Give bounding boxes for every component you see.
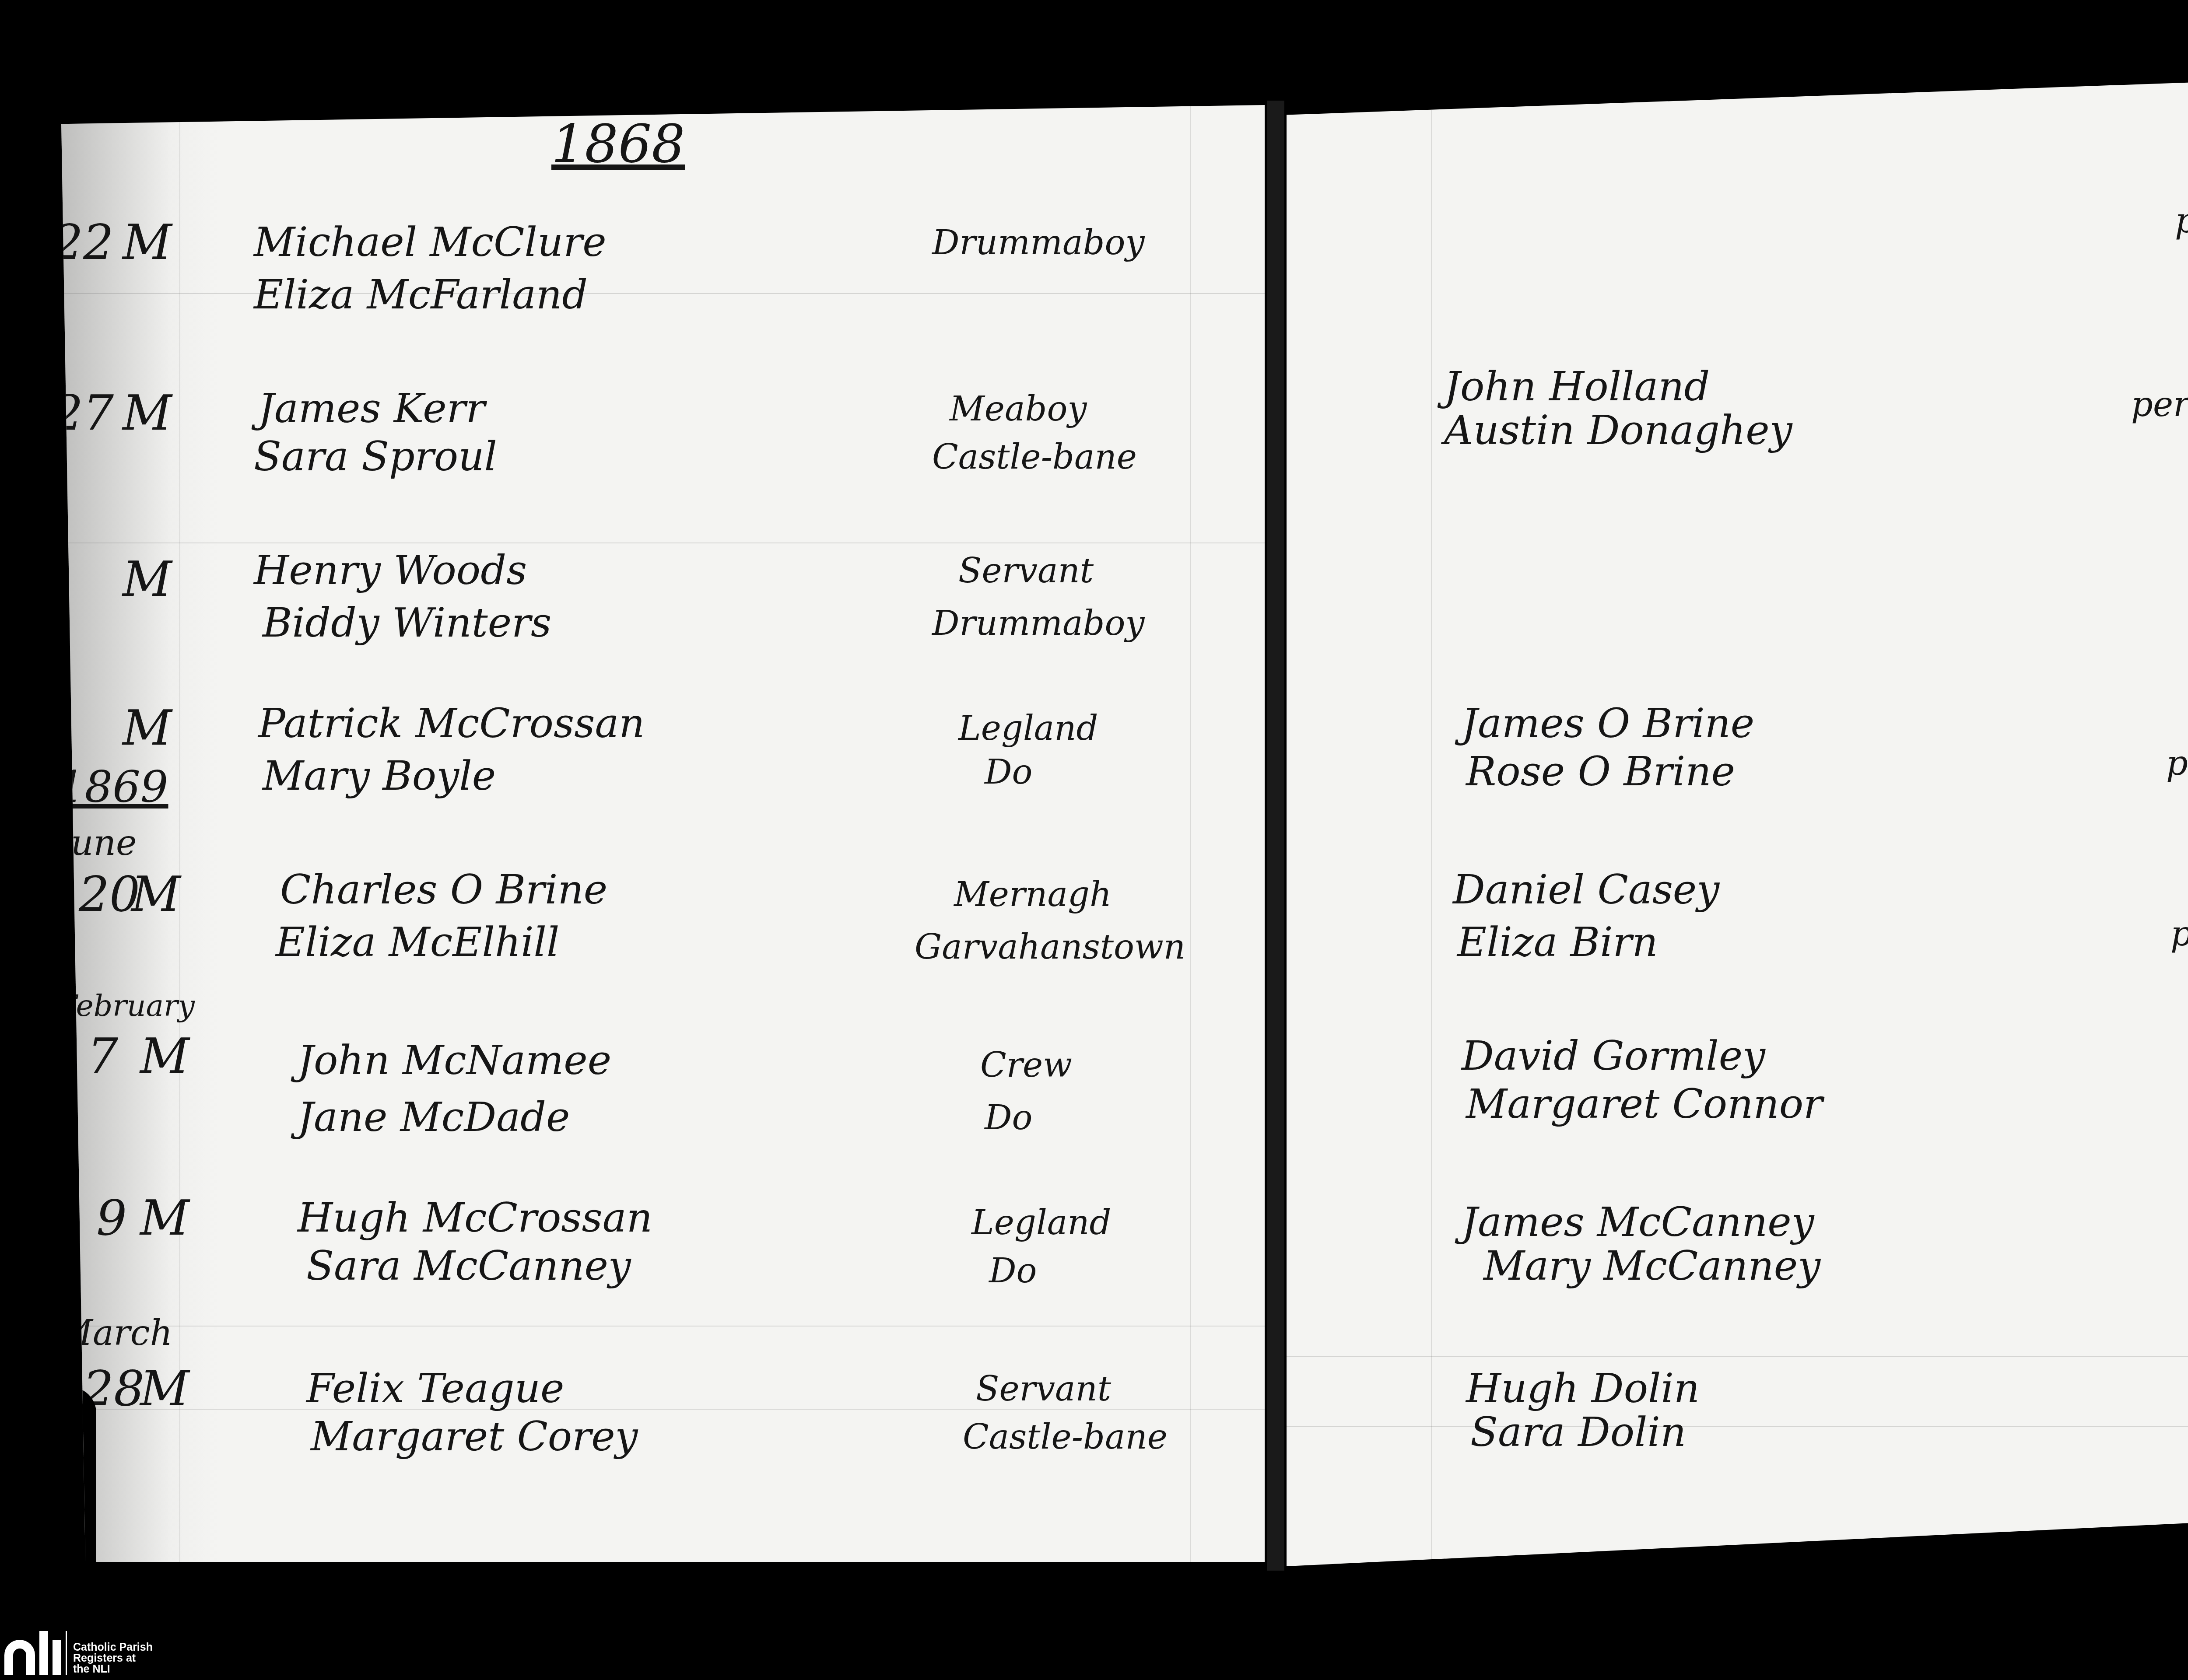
thumb-shadow xyxy=(61,1387,96,1562)
officiant: per Rev. Devlin xyxy=(2170,914,2188,954)
witness-1: James McCanney xyxy=(1462,1199,1814,1246)
entry-mark: M xyxy=(123,700,172,756)
right-register-page: per Rev. Devlin John Holland Austin Dona… xyxy=(1287,70,2188,1566)
entry-day: 22 xyxy=(61,214,114,270)
witness-1: Daniel Casey xyxy=(1453,866,1719,913)
groom-name: Henry Woods xyxy=(254,547,527,594)
logo-text-line: the NLI xyxy=(73,1664,153,1675)
groom-name: John McNamee xyxy=(298,1037,611,1084)
bride-name: Sara McCanney xyxy=(306,1242,631,1289)
entry-mark: M xyxy=(123,385,172,441)
bride-place: Drummaboy xyxy=(932,604,1144,643)
bride-name: Sara Sproul xyxy=(254,433,497,480)
groom-place: Crew xyxy=(980,1046,1072,1085)
groom-place: Servant xyxy=(976,1369,1111,1409)
bride-place: Do xyxy=(985,1098,1033,1137)
entry-mark: M xyxy=(131,866,181,922)
row-rule xyxy=(61,1326,1265,1326)
bride-name: Margaret Corey xyxy=(311,1413,638,1460)
groom-place: Meaboy xyxy=(950,389,1087,429)
bride-name: Mary Boyle xyxy=(263,752,496,799)
margin-month-june: June xyxy=(61,822,137,863)
margin-month-february: February xyxy=(61,989,195,1023)
bride-name: Eliza McElhill xyxy=(276,919,559,966)
officiant: per R. B. McNamee xyxy=(2166,744,2188,783)
logo-text-line: Registers at xyxy=(73,1653,153,1664)
witness-1: John Holland xyxy=(1444,363,1710,410)
groom-place: Servant xyxy=(958,551,1094,591)
nli-logo-icon xyxy=(4,1631,61,1675)
nli-logo[interactable]: Catholic Parish Registers at the NLI xyxy=(4,1631,153,1675)
groom-name: Felix Teague xyxy=(306,1365,564,1412)
groom-place: Drummaboy xyxy=(932,223,1144,262)
entry-mark: M xyxy=(123,214,172,270)
groom-name: Charles O Brine xyxy=(280,866,607,913)
witness-1: Hugh Dolin xyxy=(1466,1365,1700,1412)
logo-text: Catholic Parish Registers at the NLI xyxy=(73,1642,153,1675)
groom-name: Hugh McCrossan xyxy=(298,1194,652,1241)
margin-month-march: March xyxy=(61,1312,172,1353)
entry-day: 7 xyxy=(88,1028,118,1084)
column-rule xyxy=(1190,105,1191,1562)
witness-2: Sara Dolin xyxy=(1470,1409,1686,1456)
witness-1: James O Brine xyxy=(1462,700,1754,747)
entry-mark: M xyxy=(140,1190,189,1246)
groom-name: Michael McClure xyxy=(254,219,607,266)
groom-place: Legland xyxy=(971,1203,1112,1242)
row-rule xyxy=(1287,1426,2188,1427)
bride-place: Do xyxy=(989,1251,1037,1291)
entry-mark: M xyxy=(140,1361,189,1417)
row-rule xyxy=(61,293,1265,294)
entry-day: 20 xyxy=(79,866,140,922)
logo-text-line: Catholic Parish xyxy=(73,1642,153,1653)
bride-place: Do xyxy=(985,752,1033,792)
officiant: per R. B. McNamee xyxy=(2131,385,2188,424)
column-rule xyxy=(1431,70,1432,1566)
entry-day: 9 xyxy=(96,1190,127,1246)
entry-mark: M xyxy=(123,551,172,607)
entry-mark: M xyxy=(140,1028,189,1084)
bride-place: Castle-bane xyxy=(932,437,1137,477)
year-heading: 1868 xyxy=(551,114,685,175)
groom-place: Legland xyxy=(958,709,1098,748)
witness-2: Mary McCanney xyxy=(1483,1242,1820,1289)
left-register-page: 1868 22 M Michael McClure Eliza McFarlan… xyxy=(61,105,1265,1562)
groom-name: James Kerr xyxy=(258,385,485,432)
officiant: per Rev. Devlin xyxy=(2175,201,2188,241)
bride-name: Jane McDade xyxy=(298,1094,570,1141)
book-gutter xyxy=(1267,101,1284,1571)
margin-year-1869: 1869 xyxy=(61,761,168,812)
row-rule xyxy=(61,1409,1265,1410)
bride-name: Eliza McFarland xyxy=(254,271,588,318)
witness-2: Austin Donaghey xyxy=(1444,407,1792,454)
entry-day: 27 xyxy=(61,385,114,441)
row-rule xyxy=(1287,1356,2188,1357)
witness-2: Margaret Connor xyxy=(1466,1081,1823,1127)
groom-name: Patrick McCrossan xyxy=(258,700,645,747)
bride-place: Castle-bane xyxy=(963,1417,1168,1457)
logo-divider xyxy=(66,1631,67,1675)
bride-name: Biddy Winters xyxy=(263,599,551,646)
row-rule xyxy=(61,542,1265,543)
witness-2: Rose O Brine xyxy=(1466,748,1735,795)
bride-place: Garvahanstown xyxy=(915,927,1185,967)
groom-place: Mernagh xyxy=(954,875,1112,914)
column-rule xyxy=(179,105,180,1562)
witness-1: David Gormley xyxy=(1462,1032,1765,1079)
witness-2: Eliza Birn xyxy=(1457,919,1658,966)
